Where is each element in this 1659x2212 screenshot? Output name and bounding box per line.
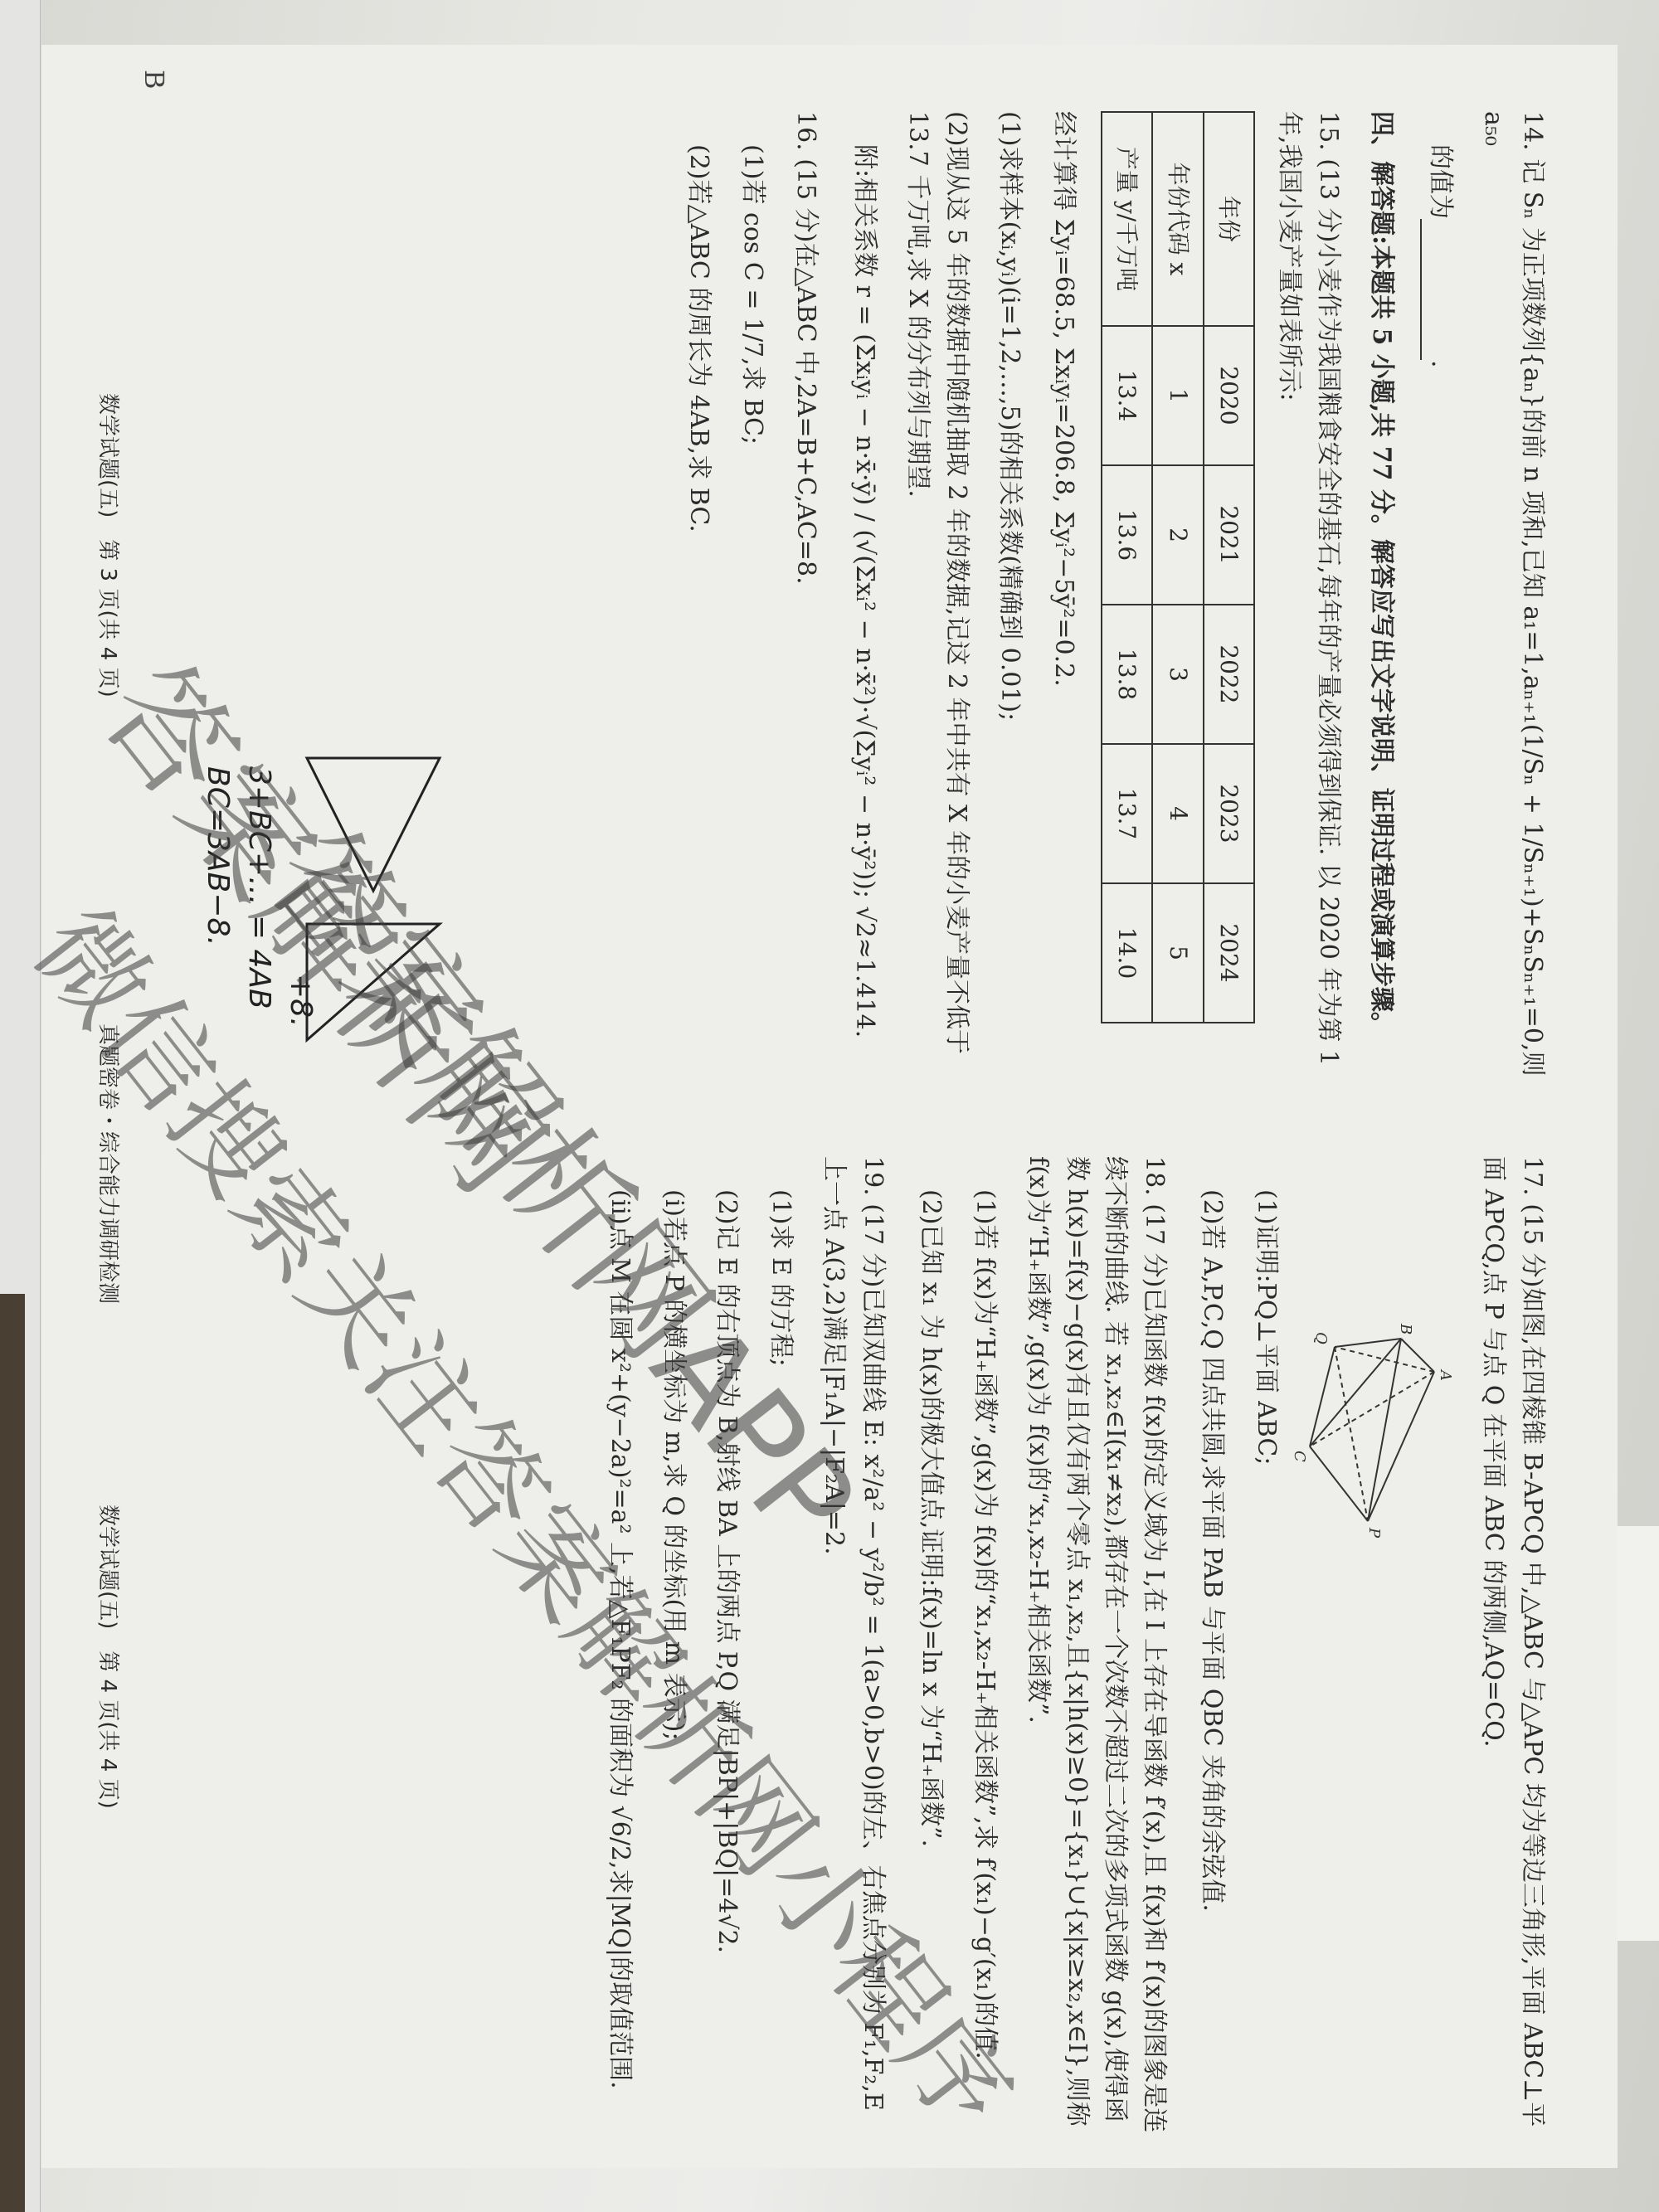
table-cell: 2023 bbox=[1204, 744, 1254, 883]
table-row: 产量 y/千万吨13.413.613.813.714.0 bbox=[1102, 112, 1152, 1023]
q18-part1: (1)若 f(x)为“H₊函数”,g(x)为 f(x)的“x₁,x₂-H₊相关函… bbox=[966, 1156, 1005, 2135]
q17-stem: 17. (15 分)如图,在四棱锥 B-APCQ 中,△ABC 与△APC 均为… bbox=[1474, 1156, 1551, 2135]
answer-blank bbox=[1421, 219, 1446, 360]
table-cell: 13.6 bbox=[1102, 465, 1152, 605]
question-19: 19. (17 分)已知双曲线 E: x²/a² − y²/b² = 1(a>0… bbox=[601, 1156, 892, 2135]
footer-page-3: 数学试题(五) 第 3 页(共 4 页) bbox=[91, 393, 124, 698]
q15-appendix: 附:相关系数 r = (Σxᵢyᵢ − n·x̄·ȳ) / (√(Σxᵢ² − … bbox=[844, 111, 883, 1090]
table-cell: 13.8 bbox=[1102, 605, 1152, 744]
svg-text:P: P bbox=[1365, 1527, 1383, 1539]
table-cell: 13.4 bbox=[1102, 326, 1152, 465]
q18-stem: 18. (17 分)已知函数 f(x)的定义域为 I,在 I 上存在导函数 f′… bbox=[1019, 1156, 1173, 2135]
table-cell: 1 bbox=[1152, 326, 1203, 465]
page-3: 14. 记 Sₙ 为正项数列{aₙ}的前 n 项和,已知 a₁=1,aₙ₊₁(1… bbox=[659, 111, 1551, 1090]
table-cell: 5 bbox=[1152, 883, 1203, 1023]
q16-part2: (2)若△ABC 的周长为 4AB,求 BC. bbox=[679, 111, 718, 1090]
exam-sheet: B 14. 记 Sₙ 为正项数列{aₙ}的前 n 项和,已知 a₁=1,aₙ₊₁… bbox=[41, 45, 1618, 2168]
section-4-header: 四、解答题:本题共 5 小题,共 77 分。解答应写出文字说明、证明过程或演算步… bbox=[1362, 111, 1401, 1090]
q16-stem: 16. (15 分)在△ABC 中,2A=B+C,AC=8. bbox=[786, 111, 825, 1090]
question-15: 15. (13 分)小麦作为我国粮食安全的基石,每年的产量必须得到保证. 以 2… bbox=[844, 111, 1347, 1090]
svg-text:Q: Q bbox=[1312, 1332, 1330, 1344]
handwritten-note-3: +8. bbox=[277, 974, 324, 1028]
handwritten-note-2: BC=3AB−8. bbox=[194, 766, 241, 946]
wheat-yield-table: 年份20202021202220232024年份代码 x12345产量 y/千万… bbox=[1101, 111, 1255, 1023]
page-4: 17. (15 分)如图,在四棱锥 B-APCQ 中,△ABC 与△APC 均为… bbox=[581, 1156, 1551, 2135]
side-letter: B bbox=[133, 70, 174, 90]
q19-part2-i: (i)若点 P 的横坐标为 m,求 Q 的坐标(用 m 表示); bbox=[654, 1156, 693, 2135]
question-16: 16. (15 分)在△ABC 中,2A=B+C,AC=8. (1)若 cos … bbox=[679, 111, 825, 1090]
table-cell: 13.7 bbox=[1102, 744, 1152, 883]
q19-part1: (1)求 E 的方程; bbox=[761, 1156, 800, 2135]
q16-part1: (1)若 cos C = 1/7,求 BC; bbox=[732, 111, 771, 1090]
footer-center: 真题密卷・综合能力调研检测 bbox=[91, 1023, 124, 1304]
table-cell: 2 bbox=[1152, 465, 1203, 605]
table-row: 年份20202021202220232024 bbox=[1204, 112, 1254, 1023]
question-14: 14. 记 Sₙ 为正项数列{aₙ}的前 n 项和,已知 a₁=1,aₙ₊₁(1… bbox=[1421, 111, 1552, 1090]
q19-part2: (2)记 E 的右顶点为 B,射线 BA 上的两点 P,Q 满足|BP|+|BQ… bbox=[708, 1156, 747, 2135]
table-cell: 2021 bbox=[1204, 465, 1254, 605]
table-cell: 4 bbox=[1152, 744, 1203, 883]
handwritten-note-1: 3+BC+... = 4AB bbox=[236, 766, 282, 1009]
table-row: 年份代码 x12345 bbox=[1152, 112, 1203, 1023]
q14-text: 14. 记 Sₙ 为正项数列{aₙ}的前 n 项和,已知 a₁=1,aₙ₊₁(1… bbox=[1474, 111, 1551, 1090]
q15-intro: 15. (13 分)小麦作为我国粮食安全的基石,每年的产量必须得到保证. 以 2… bbox=[1270, 111, 1347, 1090]
row-label: 产量 y/千万吨 bbox=[1102, 112, 1152, 326]
question-17: 17. (15 分)如图,在四棱锥 B-APCQ 中,△ABC 与△APC 均为… bbox=[1193, 1156, 1551, 2135]
pyramid-figure: A B Q P C bbox=[1293, 1322, 1459, 1571]
row-label: 年份代码 x bbox=[1152, 112, 1203, 326]
svg-text:A: A bbox=[1437, 1369, 1454, 1381]
q15-part1: (1)求样本(xᵢ,yᵢ)(i=1,2,…,5)的相关系数(精确到 0.01); bbox=[990, 111, 1029, 1090]
table-cell: 2022 bbox=[1204, 605, 1254, 744]
q15-part2: (2)现从这 5 年的数据中随机抽取 2 年的数据,记这 2 年中共有 X 年的… bbox=[898, 111, 975, 1090]
footer-page-4: 数学试题(五) 第 4 页(共 4 页) bbox=[91, 1505, 124, 1809]
question-18: 18. (17 分)已知函数 f(x)的定义域为 I,在 I 上存在导函数 f′… bbox=[912, 1156, 1173, 2135]
q14-text-cont: 的值为. bbox=[1421, 111, 1460, 1090]
svg-text:B: B bbox=[1397, 1323, 1414, 1334]
table-cell: 14.0 bbox=[1102, 883, 1152, 1023]
table-edge bbox=[0, 1294, 25, 2212]
q17-part1: (1)证明:PQ⊥平面 ABC; bbox=[1247, 1156, 1286, 2135]
table-cell: 2020 bbox=[1204, 326, 1254, 465]
q19-stem: 19. (17 分)已知双曲线 E: x²/a² − y²/b² = 1(a>0… bbox=[815, 1156, 892, 2135]
q18-part2: (2)已知 x₁ 为 h(x)的极大值点,证明:f(x)=ln x 为“H₊函数… bbox=[912, 1156, 951, 2135]
q17-part2: (2)若 A,P,C,Q 四点共圆,求平面 PAB 与平面 QBC 夹角的余弦值… bbox=[1193, 1156, 1232, 2135]
table-cell: 3 bbox=[1152, 605, 1203, 744]
q19-part2-ii: (ii)点 M 在圆 x²+(y−2a)²=a² 上,若△F₁PF₂ 的面积为 … bbox=[601, 1156, 640, 2135]
svg-text:C: C bbox=[1293, 1451, 1308, 1462]
table-cell: 2024 bbox=[1204, 883, 1254, 1023]
q15-given: 经计算得 Σyᵢ=68.5, Σxᵢyᵢ=206.8, Σyᵢ²−5ȳ²=0.2… bbox=[1044, 111, 1082, 1090]
row-label: 年份 bbox=[1204, 112, 1254, 326]
